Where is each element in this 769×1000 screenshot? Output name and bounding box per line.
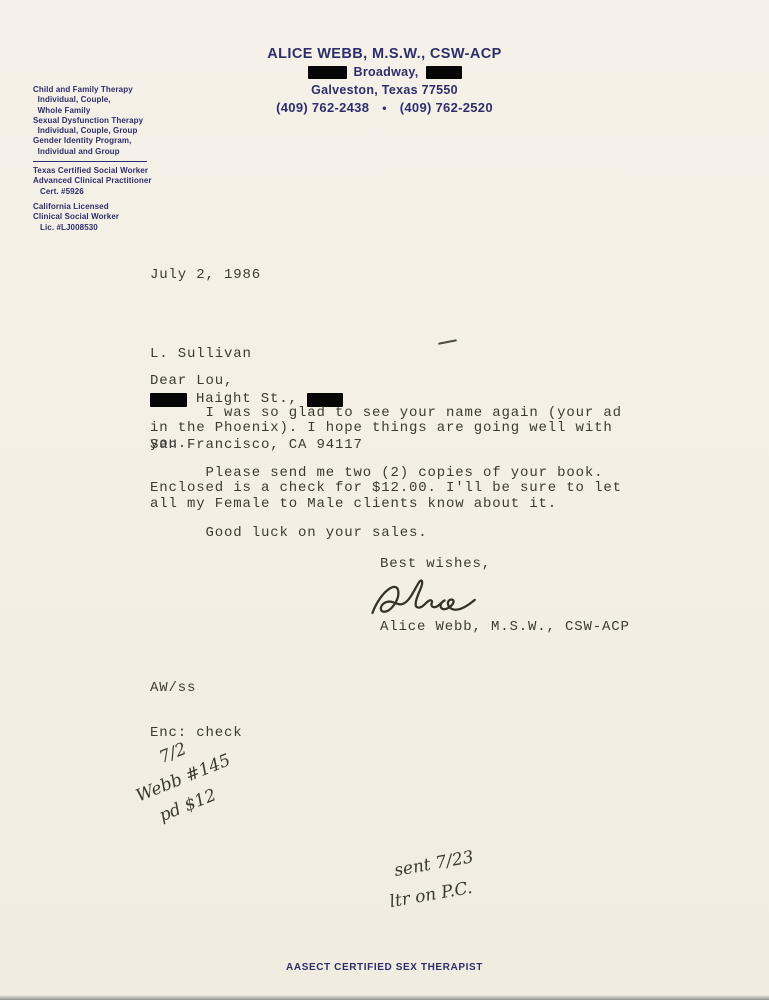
sidebar-california-credentials: California Licensed Clinical Social Work… — [33, 202, 157, 233]
letterhead-street-label: Broadway, — [354, 65, 419, 79]
footer-certification: AASECT CERTIFIED SEX THERAPIST — [0, 962, 769, 973]
scanned-letter-page: ALICE WEBB, M.S.W., CSW-ACP Broadway, Ga… — [0, 0, 769, 1000]
salutation: Dear Lou, — [150, 374, 233, 389]
recipient-name: L. Sullivan — [150, 347, 363, 362]
reference-initials: AW/ss — [150, 681, 243, 696]
scan-bottom-edge — [0, 995, 769, 1000]
redaction-box — [308, 66, 347, 79]
handwritten-signature — [366, 578, 478, 624]
sidebar-texas-credentials: Texas Certified Social Worker Advanced C… — [33, 166, 157, 197]
sidebar-services-list: Child and Family Therapy Individual, Cou… — [33, 85, 157, 157]
signature-alice-icon — [366, 578, 478, 624]
sidebar-divider — [33, 161, 147, 162]
body-paragraph-3: Good luck on your sales. — [150, 526, 650, 541]
body-paragraph-2: Please send me two (2) copies of your bo… — [150, 466, 660, 512]
handwritten-note-right: sent 7/23 ltr on P.C. — [382, 842, 481, 917]
letterhead-name: ALICE WEBB, M.S.W., CSW-ACP — [0, 46, 769, 62]
phone-number-1: (409) 762-2438 — [276, 100, 369, 115]
recipient-address-block: L. Sullivan Haight St., San Francisco, C… — [150, 316, 363, 484]
credentials-sidebar: Child and Family Therapy Individual, Cou… — [33, 85, 157, 233]
body-paragraph-1: I was so glad to see your name again (yo… — [150, 406, 650, 452]
complimentary-closing: Best wishes, — [380, 557, 491, 572]
letterhead-street-line: Broadway, — [0, 65, 769, 79]
phone-number-2: (409) 762-2520 — [400, 100, 493, 115]
bullet-separator-icon: • — [382, 101, 387, 115]
redaction-box — [426, 66, 462, 79]
typed-signer-name: Alice Webb, M.S.W., CSW-ACP — [380, 620, 630, 635]
letter-date: July 2, 1986 — [150, 268, 261, 283]
pen-dash-mark — [438, 339, 457, 345]
